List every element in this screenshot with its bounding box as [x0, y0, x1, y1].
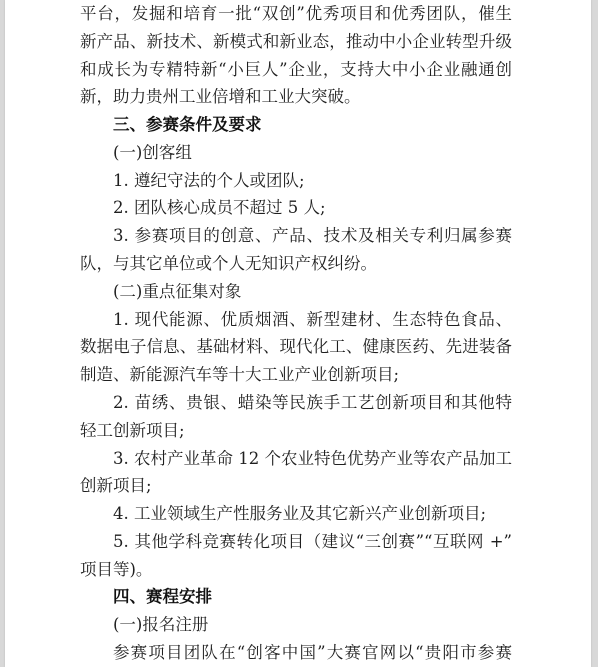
text-line: 轻工创新项目;	[80, 417, 512, 445]
text-line: 4. 工业领域生产性服务业及其它新兴产业创新项目;	[80, 500, 512, 528]
text-line: 平台，发掘和培育一批“双创”优秀项目和优秀团队，催生	[80, 0, 512, 28]
text-line: 2. 苗绣、贵银、蜡染等民族手工艺创新项目和其他特色	[80, 389, 512, 417]
text-line: 1. 遵纪守法的个人或团队;	[80, 167, 512, 195]
text-line: 3. 农村产业革命 12 个农业特色优势产业等农产品加工	[80, 445, 512, 473]
document-page: 平台，发掘和培育一批“双创”优秀项目和优秀团队，催生新产品、新技术、新模式和新业…	[5, 0, 591, 667]
text-line: 新，助力贵州工业倍增和工业大突破。	[80, 83, 512, 111]
text-line: 项目等)。	[80, 556, 512, 584]
text-line: (一)创客组	[80, 139, 512, 167]
text-line: 3. 参赛项目的创意、产品、技术及相关专利归属参赛团	[80, 222, 512, 250]
text-line: 2. 团队核心成员不超过 5 人;	[80, 194, 512, 222]
text-line: 和成长为专精特新“小巨人”企业，支持大中小企业融通创	[80, 56, 512, 84]
heading-line: 三、参赛条件及要求	[80, 111, 512, 139]
text-line: 队，与其它单位或个人无知识产权纠纷。	[80, 250, 512, 278]
document-text-block: 平台，发掘和培育一批“双创”优秀项目和优秀团队，催生新产品、新技术、新模式和新业…	[80, 0, 512, 667]
text-line: 参赛项目团队在“创客中国”大赛官网以“贵阳市参赛	[80, 639, 512, 667]
text-line: 制造、新能源汽车等十大工业产业创新项目;	[80, 361, 512, 389]
text-line: 1. 现代能源、优质烟酒、新型建材、生态特色食品、大	[80, 306, 512, 334]
text-line: (二)重点征集对象	[80, 278, 512, 306]
text-line: 数据电子信息、基础材料、现代化工、健康医药、先进装备	[80, 333, 512, 361]
heading-line: 四、赛程安排	[80, 583, 512, 611]
text-line: 5. 其他学科竞赛转化项目（建议“三创赛”“互联网 +”	[80, 528, 512, 556]
text-line: 新产品、新技术、新模式和新业态，推动中小企业转型升级	[80, 28, 512, 56]
document-viewer: { "page": { "background_color": "#ffffff…	[0, 0, 598, 667]
text-line: 创新项目;	[80, 472, 512, 500]
text-line: (一)报名注册	[80, 611, 512, 639]
